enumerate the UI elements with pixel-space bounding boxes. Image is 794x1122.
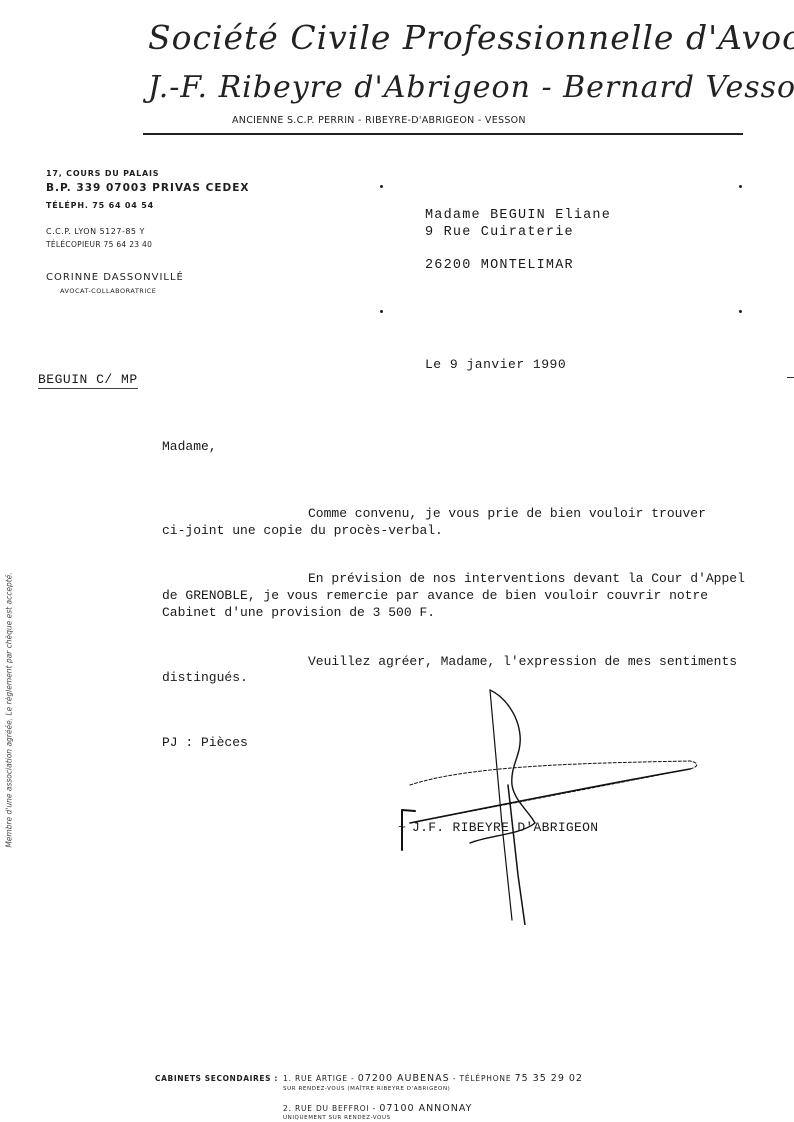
recipient-city: 26200 MONTELIMAR [425, 258, 574, 273]
signature-dash: ~ [398, 820, 406, 835]
office-2-address: 2. Rue du Beffroi - 07100 ANNONAY [283, 1103, 472, 1114]
header-divider [143, 133, 743, 135]
paragraph-2-line-1: En prévision de nos interventions devant… [308, 571, 745, 586]
recipient-name: Madame BEGUIN Eliane [425, 208, 611, 223]
firm-title: Société Civile Professionnelle d'Avocats [148, 18, 794, 57]
handwritten-signature [390, 685, 710, 925]
partners-names: J.-F. Ribeyre d'Abrigeon - Bernard Vesso… [148, 70, 794, 105]
paragraph-1-line-2: ci-joint une copie du procès-verbal. [162, 523, 443, 538]
collaborator-title: Avocat-Collaboratrice [60, 287, 156, 295]
office-1-street: 1. Rue Artige - [283, 1074, 358, 1083]
former-firm-name: Ancienne S.C.P. PERRIN - RIBEYRE-D'ABRIG… [232, 115, 526, 126]
office-1-address: 1. Rue Artige - 07200 AUBENAS - Téléphon… [283, 1073, 583, 1084]
office-2-city: 07100 ANNONAY [379, 1103, 472, 1114]
side-note-text: Membre d'une association agréée. Le règl… [5, 572, 14, 847]
enclosure-note: PJ : Pièces [162, 735, 248, 750]
paragraph-2-line-2: de GRENOBLE, je vous remercie par avance… [162, 588, 708, 603]
address-line-2: B.P. 339 07003 PRIVAS CEDEX [46, 182, 249, 194]
window-mark-dot [739, 185, 742, 188]
phone-number: TÉLÉPH. 75 64 04 54 [46, 201, 154, 210]
salutation: Madame, [162, 439, 217, 454]
office-1-phone: 75 35 29 02 [515, 1073, 583, 1084]
window-mark-dot [380, 310, 383, 313]
paragraph-3-line-2: distingués. [162, 670, 248, 685]
secondary-offices-label: Cabinets secondaires : [155, 1074, 278, 1083]
address-line-1: 17, Cours du Palais [46, 169, 159, 178]
window-mark-dot [380, 185, 383, 188]
signatory-name: J.F. RIBEYRE D'ABRIGEON [412, 820, 598, 835]
office-1-city: 07200 AUBENAS [358, 1073, 450, 1084]
paragraph-1-line-1: Comme convenu, je vous prie de bien voul… [308, 506, 706, 521]
ccp-account: C.C.P. LYON 5127-85 Y [46, 227, 145, 236]
window-mark-dot [739, 310, 742, 313]
paragraph-3-line-1: Veuillez agréer, Madame, l'expression de… [308, 654, 737, 669]
case-reference: BEGUIN C/ MP [38, 372, 138, 389]
office-1-phone-label: - Téléphone [450, 1074, 515, 1083]
office-2-note: uniquement sur rendez-vous [283, 1115, 391, 1121]
paragraph-2-line-3: Cabinet d'une provision de 3 500 F. [162, 605, 435, 620]
fold-mark [787, 377, 794, 378]
fax-number: Télécopieur 75 64 23 40 [46, 240, 152, 249]
office-2-street: 2. Rue du Beffroi - [283, 1104, 379, 1113]
office-1-note: sur rendez-vous (Maître Ribeyre d'Abrige… [283, 1086, 450, 1092]
side-membership-note: Membre d'une association agréée. Le règl… [0, 540, 18, 880]
recipient-street: 9 Rue Cuiraterie [425, 225, 574, 240]
letter-date: Le 9 janvier 1990 [425, 357, 566, 372]
collaborator-name: Corinne DASSONVILLÉ [46, 272, 184, 283]
